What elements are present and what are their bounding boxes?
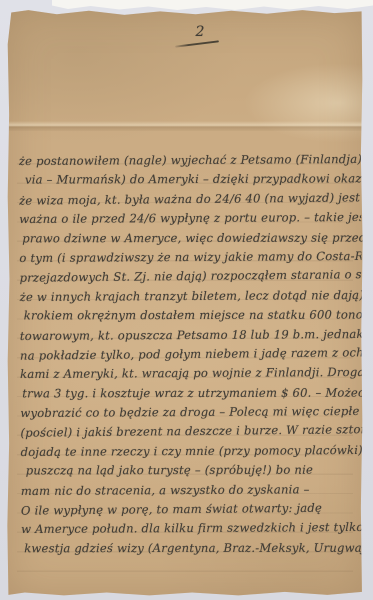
handwriting-line: ważna o ile przed 24/6 wypłynę z portu e… — [19, 208, 361, 229]
handwriting-line: krokiem okrężnym dostałem miejsce na sta… — [24, 306, 366, 326]
handwriting-line: że w innych krajach tranzyt biletem, lec… — [20, 286, 362, 307]
handwriting-line: w Ameryce połudn. dla kilku firm szwedzk… — [21, 518, 363, 539]
letter-paper-sheet: 2 że postanowiłem (nagle) wyjechać z Pet… — [7, 9, 363, 596]
handwriting-line: via – Murmańsk) do Ameryki – dzięki przy… — [25, 170, 367, 191]
handwriting-line: kami z Ameryki, kt. wracają po wojnie z … — [20, 363, 362, 384]
handwriting-line: puszczą na ląd jako turystę – (spróbuję!… — [26, 461, 368, 481]
handwriting-line: na pokładzie tylko, pod gołym niebem i j… — [20, 343, 362, 366]
handwriting-line: kwestja gdzieś wizy (Argentyna, Braz.-Me… — [24, 538, 366, 558]
handwriting-line: przejazdowych St. Zj. nie dają) rozpoczą… — [19, 266, 361, 289]
handwriting-line: O ile wypłynę w porę, to mam świat otwar… — [21, 498, 363, 521]
fold-crease — [7, 121, 363, 131]
page-number: 2 — [185, 24, 215, 40]
handwriting-line: że wiza moja, kt. była ważna do 24/6 40 … — [19, 188, 361, 211]
page-number-underline — [175, 40, 219, 47]
handwriting-line: prawo dziwne w Ameryce, więc dowiedziaws… — [22, 228, 364, 248]
handwriting-block: że postanowiłem (nagle) wyjechać z Petsa… — [19, 150, 363, 559]
handwriting-line: dojadą te inne rzeczy i czy mnie (przy p… — [21, 441, 363, 462]
handwriting-line: że postanowiłem (nagle) wyjechać z Petsa… — [19, 150, 361, 171]
handwriting-line: towarowym, kt. opuszcza Petsamo 18 lub 1… — [20, 324, 362, 345]
handwriting-line: trwa 3 tyg. i kosztuje wraz z utrzymanie… — [22, 383, 364, 403]
